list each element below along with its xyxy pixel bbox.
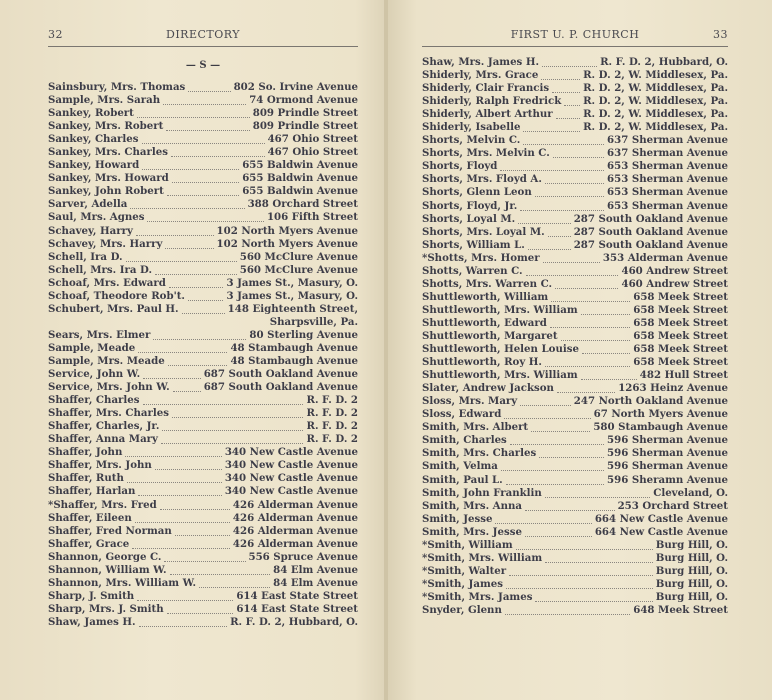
entry-name: Shuttleworth, Margaret: [422, 330, 558, 343]
directory-list: Sainsbury, Mrs. Thomas802 So. Irvine Ave…: [48, 81, 358, 629]
directory-entry: Smith, Mrs. Anna253 Orchard Street: [422, 500, 728, 513]
entry-address: 648 Meek Street: [633, 604, 728, 617]
entry-address: 80 Sterling Avenue: [249, 329, 358, 342]
entry-name: Shaffer, Mrs. John: [48, 459, 152, 472]
dot-leader: [528, 241, 571, 250]
directory-entry: Shaffer, Ruth340 New Castle Avenue: [48, 472, 358, 485]
directory-entry: *Shotts, Mrs. Homer353 Alderman Avenue: [422, 252, 728, 265]
entry-name: *Smith, Mrs. James: [422, 591, 532, 604]
entry-name: Schavey, Mrs. Harry: [48, 238, 162, 251]
dot-leader: [182, 305, 225, 314]
entry-address: 664 New Castle Avenue: [595, 513, 728, 526]
entry-name: Shaffer, Charles: [48, 394, 140, 407]
entry-address: 637 Sherman Avenue: [607, 134, 728, 147]
directory-entry: Smith, Jesse664 New Castle Avenue: [422, 513, 728, 526]
directory-entry: Sankey, Mrs. Charles467 Ohio Street: [48, 146, 358, 159]
directory-entry: Snyder, Glenn648 Meek Street: [422, 604, 728, 617]
dot-leader: [173, 383, 201, 392]
entry-address: R. F. D. 2: [306, 407, 358, 420]
entry-address: Cleveland, O.: [653, 487, 728, 500]
directory-entry: Service, John W.687 South Oakland Avenue: [48, 368, 358, 381]
directory-entry: Sainsbury, Mrs. Thomas802 So. Irvine Ave…: [48, 81, 358, 94]
directory-entry: Shiderly, Clair FrancisR. D. 2, W. Middl…: [422, 82, 728, 95]
entry-address: Burg Hill, O.: [656, 591, 728, 604]
dot-leader: [143, 396, 304, 405]
entry-name: Shaw, James H.: [48, 616, 136, 629]
page-number: 33: [713, 28, 728, 41]
entry-name: Shuttleworth, Mrs. William: [422, 369, 578, 382]
directory-entry: Smith, Mrs. Charles596 Sherman Avenue: [422, 447, 728, 460]
directory-entry: Shaffer, John340 New Castle Avenue: [48, 446, 358, 459]
dot-leader: [504, 410, 590, 419]
directory-entry: Shaffer, Eileen426 Alderman Avenue: [48, 512, 358, 525]
entry-address: 655 Baldwin Avenue: [242, 172, 358, 185]
entry-name: Shorts, Loyal M.: [422, 213, 515, 226]
dot-leader: [167, 605, 234, 614]
directory-entry: Shorts, William L.287 South Oakland Aven…: [422, 239, 728, 252]
directory-entry: *Smith, WilliamBurg Hill, O.: [422, 539, 728, 552]
dot-leader: [167, 187, 239, 196]
entry-address: 653 Sherman Avenue: [607, 186, 728, 199]
entry-name: Sankey, Howard: [48, 159, 139, 172]
dot-leader: [582, 345, 630, 354]
directory-entry: Sample, Mrs. Sarah74 Ormond Avenue: [48, 94, 358, 107]
directory-entry: Sears, Mrs. Elmer80 Sterling Avenue: [48, 329, 358, 342]
directory-entry: Shorts, Mrs. Floyd A.653 Sherman Avenue: [422, 173, 728, 186]
dot-leader: [137, 592, 233, 601]
entry-address: R. D. 2, W. Middlesex, Pa.: [583, 82, 728, 95]
dot-leader: [542, 58, 597, 67]
entry-address: 460 Andrew Street: [621, 278, 728, 291]
entry-address: 1263 Heinz Avenue: [618, 382, 728, 395]
entry-address: 596 Sherman Avenue: [607, 447, 728, 460]
entry-name: Shorts, Floyd: [422, 160, 497, 173]
directory-entry: Shorts, Glenn Leon653 Sherman Avenue: [422, 186, 728, 199]
entry-name: Sankey, Charles: [48, 133, 139, 146]
dot-leader: [125, 448, 221, 457]
dot-leader: [526, 267, 619, 276]
directory-entry: Sharp, J. Smith614 East State Street: [48, 590, 358, 603]
directory-entry: Shaw, James H.R. F. D. 2, Hubbard, O.: [48, 616, 358, 629]
entry-name: Shannon, William W.: [48, 564, 167, 577]
dot-leader: [516, 541, 653, 550]
directory-entry: Shuttleworth, Helen Louise658 Meek Stree…: [422, 343, 728, 356]
dot-leader: [495, 515, 591, 524]
entry-name: Schoaf, Mrs. Edward: [48, 277, 166, 290]
directory-entry: Sankey, Charles467 Ohio Street: [48, 133, 358, 146]
entry-address: 658 Meek Street: [633, 343, 728, 356]
entry-address: 658 Meek Street: [633, 356, 728, 369]
entry-address: 353 Alderman Avenue: [603, 252, 728, 265]
directory-entry: Shaffer, Anna MaryR. F. D. 2: [48, 433, 358, 446]
directory-entry: Sample, Mrs. Meade48 Stambaugh Avenue: [48, 355, 358, 368]
directory-entry: Sloss, Mrs. Mary247 North Oakland Avenue: [422, 395, 728, 408]
entry-name: Schubert, Mrs. Paul H.: [48, 303, 179, 316]
entry-name: Smith, Velma: [422, 460, 498, 473]
entry-name: Sloss, Edward: [422, 408, 501, 421]
entry-name: Shuttleworth, Helen Louise: [422, 343, 579, 356]
directory-entry: Slater, Andrew Jackson1263 Heinz Avenue: [422, 382, 728, 395]
header-rule: [48, 46, 358, 47]
entry-name: *Shotts, Mrs. Homer: [422, 252, 540, 265]
entry-name: Shuttleworth, Mrs. William: [422, 304, 578, 317]
dot-leader: [171, 148, 265, 157]
entry-name: Smith, Mrs. Charles: [422, 447, 536, 460]
dot-leader: [543, 254, 600, 263]
entry-address: 556 Spruce Avenue: [249, 551, 359, 564]
entry-address: 247 North Oakland Avenue: [574, 395, 728, 408]
entry-address: Burg Hill, O.: [656, 539, 728, 552]
left-page-header: 32 DIRECTORY: [48, 28, 358, 44]
entry-name: Sample, Meade: [48, 342, 135, 355]
dot-leader: [188, 83, 230, 92]
entry-address: 653 Sherman Avenue: [607, 160, 728, 173]
entry-name: Shorts, Mrs. Floyd A.: [422, 173, 542, 186]
directory-entry: Sankey, John Robert655 Baldwin Avenue: [48, 185, 358, 198]
directory-entry: Saul, Mrs. Agnes106 Fifth Street: [48, 211, 358, 224]
dot-leader: [136, 227, 214, 236]
entry-address: 340 New Castle Avenue: [225, 459, 358, 472]
dot-leader: [142, 161, 239, 170]
entry-name: Shiderly, Mrs. Grace: [422, 69, 538, 82]
entry-name: Sankey, Mrs. Howard: [48, 172, 169, 185]
entry-address: 658 Meek Street: [633, 304, 728, 317]
entry-name: Smith, John Franklin: [422, 487, 542, 500]
entry-address: 460 Andrew Street: [621, 265, 728, 278]
directory-entry: *Shaffer, Mrs. Fred426 Alderman Avenue: [48, 499, 358, 512]
directory-entry: Sankey, Howard655 Baldwin Avenue: [48, 159, 358, 172]
entry-address: 253 Orchard Street: [618, 500, 728, 513]
entry-address: 148 Eighteenth Street,: [228, 303, 358, 316]
entry-name: Schavey, Harry: [48, 225, 133, 238]
right-page: FIRST U. P. CHURCH 33 Shaw, Mrs. James H…: [386, 0, 772, 700]
entry-name: Smith, Mrs. Jesse: [422, 526, 522, 539]
entry-name: Shorts, Floyd, Jr.: [422, 200, 517, 213]
entry-name: Shuttleworth, Roy H.: [422, 356, 542, 369]
entry-address: 426 Alderman Avenue: [233, 538, 358, 551]
dot-leader: [556, 110, 580, 119]
directory-entry: Shaffer, Charles, Jr.R. F. D. 2: [48, 420, 358, 433]
dot-leader: [165, 240, 213, 249]
entry-address: 106 Fifth Street: [267, 211, 358, 224]
directory-entry: Schavey, Mrs. Harry102 North Myers Avenu…: [48, 238, 358, 251]
entry-name: Shaffer, Mrs. Charles: [48, 407, 169, 420]
directory-entry: Shuttleworth, Edward658 Meek Street: [422, 317, 728, 330]
entry-name: Smith, Jesse: [422, 513, 492, 526]
dot-leader: [525, 502, 615, 511]
entry-name: Sankey, Robert: [48, 107, 134, 120]
directory-entry: Shaffer, Grace426 Alderman Avenue: [48, 538, 358, 551]
entry-address: 287 South Oakland Avenue: [574, 226, 728, 239]
section-letter: — S —: [48, 60, 358, 71]
entry-address: R. F. D. 2: [306, 420, 358, 433]
dot-leader: [163, 96, 246, 105]
directory-entry: Shaffer, Mrs. CharlesR. F. D. 2: [48, 407, 358, 420]
entry-address: 596 Sheramn Avenue: [607, 474, 728, 487]
directory-entry: Schoaf, Mrs. Edward3 James St., Masury, …: [48, 277, 358, 290]
directory-entry: Shorts, Floyd, Jr.653 Sherman Avenue: [422, 200, 728, 213]
dot-leader: [550, 319, 630, 328]
dot-leader: [126, 253, 237, 262]
dot-leader: [153, 331, 246, 340]
directory-entry: Smith, Paul L.596 Sheramn Avenue: [422, 474, 728, 487]
dot-leader: [552, 84, 580, 93]
directory-entry: Shorts, Mrs. Melvin C.637 Sherman Avenue: [422, 147, 728, 160]
directory-entry: Shaffer, CharlesR. F. D. 2: [48, 394, 358, 407]
dot-leader: [506, 580, 653, 589]
dot-leader: [545, 175, 604, 184]
entry-name: Smith, Mrs. Albert: [422, 421, 528, 434]
directory-entry: Shiderly, IsabelleR. D. 2, W. Middlesex,…: [422, 121, 728, 134]
entry-name: Shaffer, Charles, Jr.: [48, 420, 159, 433]
entry-address: 287 South Oakland Avenue: [574, 239, 728, 252]
entry-name: Shorts, Melvin C.: [422, 134, 520, 147]
entry-address: 67 North Myers Avenue: [594, 408, 728, 421]
directory-entry: Smith, Mrs. Albert580 Stambaugh Avenue: [422, 421, 728, 434]
directory-entry: Sample, Meade48 Stambaugh Avenue: [48, 342, 358, 355]
entry-address: 596 Sherman Avenue: [607, 434, 728, 447]
dot-leader: [199, 579, 270, 588]
dot-leader: [581, 306, 631, 315]
dot-leader: [139, 618, 228, 627]
entry-address: R. D. 2, W. Middlesex, Pa.: [583, 95, 728, 108]
running-title: DIRECTORY: [48, 28, 358, 41]
entry-name: Shaffer, Ruth: [48, 472, 124, 485]
dot-leader: [541, 71, 580, 80]
entry-name: Sample, Mrs. Sarah: [48, 94, 160, 107]
dot-leader: [581, 371, 637, 380]
directory-entry: *Smith, JamesBurg Hill, O.: [422, 578, 728, 591]
dot-leader: [539, 449, 604, 458]
dot-leader: [160, 501, 230, 510]
dot-leader: [142, 135, 265, 144]
directory-entry: Shaffer, Harlan340 New Castle Avenue: [48, 485, 358, 498]
entry-address: 388 Orchard Street: [248, 198, 358, 211]
dot-leader: [506, 476, 604, 485]
running-title: FIRST U. P. CHURCH: [422, 28, 728, 41]
dot-leader: [520, 397, 571, 406]
dot-leader: [551, 293, 630, 302]
entry-name: Sample, Mrs. Meade: [48, 355, 165, 368]
directory-entry: Shuttleworth, Margaret658 Meek Street: [422, 330, 728, 343]
dot-leader: [168, 357, 228, 366]
entry-name: Shorts, Mrs. Melvin C.: [422, 147, 550, 160]
entry-address: 658 Meek Street: [633, 317, 728, 330]
entry-address: 809 Prindle Street: [253, 107, 358, 120]
directory-entry: Service, Mrs. John W.687 South Oakland A…: [48, 381, 358, 394]
entry-address: 687 South Oakland Avenue: [204, 368, 358, 381]
entry-name: Sarver, Adella: [48, 198, 127, 211]
dot-leader: [523, 123, 580, 132]
entry-address: R. F. D. 2, Hubbard, O.: [600, 56, 728, 69]
directory-entry: Smith, Charles596 Sherman Avenue: [422, 434, 728, 447]
entry-address: R. F. D. 2, Hubbard, O.: [230, 616, 358, 629]
entry-name: Sharp, J. Smith: [48, 590, 134, 603]
dot-leader: [520, 202, 604, 211]
entry-name: Shaffer, John: [48, 446, 122, 459]
dot-leader: [132, 540, 230, 549]
directory-entry: *Smith, WalterBurg Hill, O.: [422, 565, 728, 578]
entry-name: Shorts, William L.: [422, 239, 525, 252]
entry-name: Shiderly, Ralph Fredrick: [422, 95, 561, 108]
directory-entry: Shaffer, Mrs. John340 New Castle Avenue: [48, 459, 358, 472]
dot-leader: [501, 462, 604, 471]
entry-name: Shannon, Mrs. William W.: [48, 577, 196, 590]
entry-name: Shiderly, Clair Francis: [422, 82, 549, 95]
entry-name: Sloss, Mrs. Mary: [422, 395, 517, 408]
entry-address: 560 McClure Avenue: [240, 251, 358, 264]
entry-address: Burg Hill, O.: [656, 552, 728, 565]
entry-address: 482 Hull Street: [640, 369, 728, 382]
dot-leader: [172, 174, 239, 183]
directory-entry: Shuttleworth, Roy H.658 Meek Street: [422, 356, 728, 369]
entry-address: Burg Hill, O.: [656, 578, 728, 591]
dot-leader: [510, 436, 604, 445]
directory-entry: Smith, John FranklinCleveland, O.: [422, 487, 728, 500]
directory-entry: Schoaf, Theodore Rob't.3 James St., Masu…: [48, 290, 358, 303]
entry-address: 560 McClure Avenue: [240, 264, 358, 277]
entry-address: 102 North Myers Avenue: [217, 238, 358, 251]
dot-leader: [175, 527, 230, 536]
entry-address: 809 Prindle Street: [253, 120, 358, 133]
entry-address: 84 Elm Avenue: [273, 564, 358, 577]
entry-address: 614 East State Street: [236, 603, 358, 616]
directory-entry: Shiderly, Albert ArthurR. D. 2, W. Middl…: [422, 108, 728, 121]
directory-entry: Shannon, Mrs. William W.84 Elm Avenue: [48, 577, 358, 590]
entry-address: Burg Hill, O.: [656, 565, 728, 578]
entry-address: 596 Sherman Avenue: [607, 460, 728, 473]
directory-entry: Schell, Mrs. Ira D.560 McClure Avenue: [48, 264, 358, 277]
dot-leader: [188, 292, 223, 301]
dot-leader: [531, 423, 590, 432]
dot-leader: [135, 514, 230, 523]
directory-entry: Shorts, Floyd653 Sherman Avenue: [422, 160, 728, 173]
directory-entry: Sankey, Mrs. Howard655 Baldwin Avenue: [48, 172, 358, 185]
entry-name: Shuttleworth, Edward: [422, 317, 547, 330]
dot-leader: [162, 422, 303, 431]
entry-name: Shiderly, Albert Arthur: [422, 108, 553, 121]
header-rule: [422, 46, 728, 47]
entry-address: 655 Baldwin Avenue: [242, 185, 358, 198]
dot-leader: [555, 280, 618, 289]
dot-leader: [147, 213, 263, 222]
directory-entry: Smith, Velma596 Sherman Avenue: [422, 460, 728, 473]
entry-name: Shaffer, Fred Norman: [48, 525, 172, 538]
entry-address: 287 South Oakland Avenue: [574, 213, 728, 226]
entry-address: 687 South Oakland Avenue: [204, 381, 358, 394]
entry-name: Sankey, Mrs. Charles: [48, 146, 168, 159]
directory-entry: Shotts, Mrs. Warren C.460 Andrew Street: [422, 278, 728, 291]
entry-address: 655 Baldwin Avenue: [242, 159, 358, 172]
dot-leader: [535, 188, 604, 197]
entry-address: R. D. 2, W. Middlesex, Pa.: [583, 69, 728, 82]
entry-name: *Shaffer, Mrs. Fred: [48, 499, 157, 512]
directory-entry: Shaw, Mrs. James H.R. F. D. 2, Hubbard, …: [422, 56, 728, 69]
dot-leader: [143, 370, 201, 379]
dot-leader: [127, 474, 222, 483]
entry-name: Shaw, Mrs. James H.: [422, 56, 539, 69]
entry-name: Service, John W.: [48, 368, 140, 381]
dot-leader: [525, 528, 592, 537]
dot-leader: [169, 279, 224, 288]
directory-entry: Shorts, Mrs. Loyal M.287 South Oakland A…: [422, 226, 728, 239]
entry-address: 74 Ormond Avenue: [249, 94, 358, 107]
entry-address: 3 James St., Masury, O.: [226, 290, 358, 303]
entry-name: Schell, Ira D.: [48, 251, 123, 264]
book-gutter: [384, 0, 388, 700]
directory-entry: Shiderly, Mrs. GraceR. D. 2, W. Middlese…: [422, 69, 728, 82]
directory-entry: Shorts, Loyal M.287 South Oakland Avenue: [422, 213, 728, 226]
dot-leader: [172, 409, 304, 418]
entry-address: 84 Elm Avenue: [273, 577, 358, 590]
entry-name: Slater, Andrew Jackson: [422, 382, 554, 395]
dot-leader: [130, 200, 244, 209]
dot-leader: [137, 109, 250, 118]
dot-leader: [138, 344, 227, 353]
entry-address: 658 Meek Street: [633, 330, 728, 343]
directory-entry: Shuttleworth, William658 Meek Street: [422, 291, 728, 304]
dot-leader: [500, 162, 604, 171]
entry-address-line2: Sharpsville, Pa.: [48, 316, 358, 329]
directory-entry: Shannon, George C.556 Spruce Avenue: [48, 551, 358, 564]
entry-name: *Smith, James: [422, 578, 503, 591]
dot-leader: [170, 566, 271, 575]
directory-entry: Shuttleworth, Mrs. William482 Hull Stree…: [422, 369, 728, 382]
directory-entry: Schell, Ira D.560 McClure Avenue: [48, 251, 358, 264]
directory-entry: Schubert, Mrs. Paul H.148 Eighteenth Str…: [48, 303, 358, 329]
dot-leader: [548, 228, 571, 237]
entry-name: Shorts, Glenn Leon: [422, 186, 532, 199]
entry-address: 802 So. Irvine Avenue: [234, 81, 358, 94]
entry-address: R. F. D. 2: [306, 433, 358, 446]
entry-name: Schoaf, Theodore Rob't.: [48, 290, 185, 303]
dot-leader: [545, 358, 630, 367]
entry-name: Service, Mrs. John W.: [48, 381, 170, 394]
entry-address: 340 New Castle Avenue: [225, 446, 358, 459]
entry-address: R. F. D. 2: [306, 394, 358, 407]
entry-address: 3 James St., Masury, O.: [226, 277, 358, 290]
entry-address: 426 Alderman Avenue: [233, 499, 358, 512]
left-page: 32 DIRECTORY — S — Sainsbury, Mrs. Thoma…: [0, 0, 386, 700]
dot-leader: [164, 553, 245, 562]
entry-address: 467 Ohio Street: [268, 146, 358, 159]
entry-name: Smith, Mrs. Anna: [422, 500, 522, 513]
entry-name: Sharp, Mrs. J. Smith: [48, 603, 164, 616]
directory-entry: Shotts, Warren C.460 Andrew Street: [422, 265, 728, 278]
directory-list: Shaw, Mrs. James H.R. F. D. 2, Hubbard, …: [422, 56, 728, 617]
directory-entry: Shannon, William W.84 Elm Avenue: [48, 564, 358, 577]
entry-name: Shotts, Mrs. Warren C.: [422, 278, 552, 291]
directory-entry: Shuttleworth, Mrs. William658 Meek Stree…: [422, 304, 728, 317]
directory-entry: Sloss, Edward67 North Myers Avenue: [422, 408, 728, 421]
entry-name: Saul, Mrs. Agnes: [48, 211, 144, 224]
directory-entry: Sarver, Adella388 Orchard Street: [48, 198, 358, 211]
entry-address: 658 Meek Street: [633, 291, 728, 304]
dot-leader: [166, 122, 249, 131]
entry-address: 580 Stambaugh Avenue: [593, 421, 728, 434]
entry-address: 426 Alderman Avenue: [233, 525, 358, 538]
directory-entry: Schavey, Harry102 North Myers Avenue: [48, 225, 358, 238]
entry-name: Shannon, George C.: [48, 551, 161, 564]
directory-entry: *Smith, Mrs. WilliamBurg Hill, O.: [422, 552, 728, 565]
directory-entry: *Smith, Mrs. JamesBurg Hill, O.: [422, 591, 728, 604]
entry-name: Shaffer, Anna Mary: [48, 433, 158, 446]
dot-leader: [155, 461, 222, 470]
entry-name: Shaffer, Harlan: [48, 485, 135, 498]
entry-address: 48 Stambaugh Avenue: [230, 342, 358, 355]
entry-address: 653 Sherman Avenue: [607, 200, 728, 213]
directory-entry: Sankey, Mrs. Robert809 Prindle Street: [48, 120, 358, 133]
